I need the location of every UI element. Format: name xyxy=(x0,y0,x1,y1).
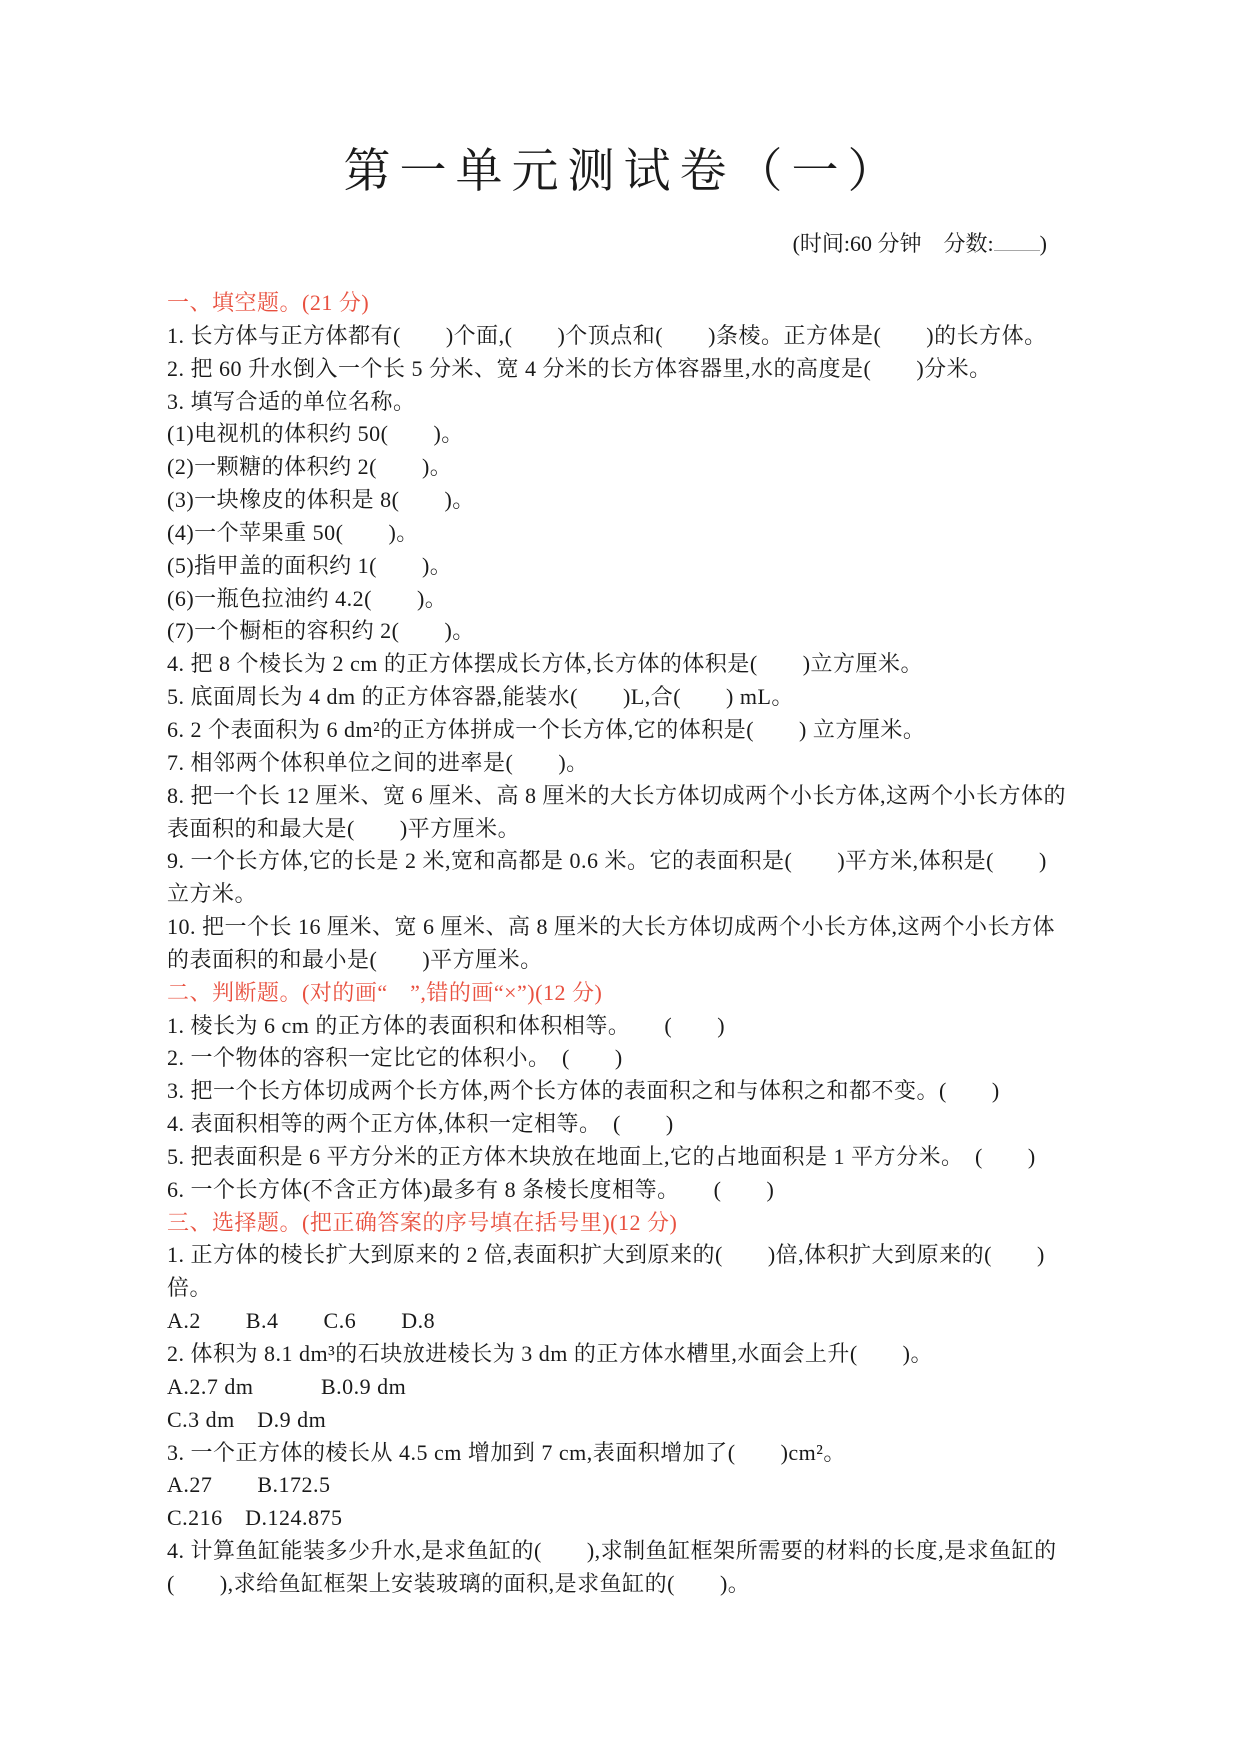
text-line: 3. 填写合适的单位名称。 xyxy=(167,386,1097,419)
test-paper-page: 第一单元测试卷（一） (时间:60 分钟 分数:) 一、填空题。(21 分)1.… xyxy=(0,0,1241,1755)
text-line: A.27 B.172.5 xyxy=(167,1469,1097,1502)
score-blank-line xyxy=(994,228,1040,251)
text-line: (4)一个苹果重 50( )。 xyxy=(167,517,1097,550)
text-line: 4. 把 8 个棱长为 2 cm 的正方体摆成长方体,长方体的体积是( )立方厘… xyxy=(167,648,1097,681)
text-line: (6)一瓶色拉油约 4.2( )。 xyxy=(167,583,1097,616)
text-line: (7)一个橱柜的容积约 2( )。 xyxy=(167,615,1097,648)
text-line: 7. 相邻两个体积单位之间的进率是( )。 xyxy=(167,747,1097,780)
text-line: (1)电视机的体积约 50( )。 xyxy=(167,418,1097,451)
text-line: 6. 一个长方体(不含正方体)最多有 8 条棱长度相等。 ( ) xyxy=(167,1174,1097,1207)
exam-meta: (时间:60 分钟 分数:) xyxy=(771,201,1047,284)
text-line: 4. 表面积相等的两个正方体,体积一定相等。 ( ) xyxy=(167,1108,1097,1141)
text-line: C.3 dm D.9 dm xyxy=(167,1404,1097,1437)
text-line: 4. 计算鱼缸能装多少升水,是求鱼缸的( ),求制鱼缸框架所需要的材料的长度,是… xyxy=(167,1535,1097,1568)
section-header: 三、选择题。(把正确答案的序号填在括号里)(12 分) xyxy=(167,1207,1097,1240)
text-line: (5)指甲盖的面积约 1( )。 xyxy=(167,550,1097,583)
time-and-score-label: (时间:60 分钟 分数: xyxy=(793,231,994,256)
text-line: 的表面积的和最小是( )平方厘米。 xyxy=(167,944,1097,977)
text-line: (2)一颗糖的体积约 2( )。 xyxy=(167,451,1097,484)
text-line: ( ),求给鱼缸框架上安装玻璃的面积,是求鱼缸的( )。 xyxy=(167,1568,1097,1601)
text-line: 1. 棱长为 6 cm 的正方体的表面积和体积相等。 ( ) xyxy=(167,1010,1097,1043)
text-line: 9. 一个长方体,它的长是 2 米,宽和高都是 0.6 米。它的表面积是( )平… xyxy=(167,845,1097,878)
question-lines: 一、填空题。(21 分)1. 长方体与正方体都有( )个面,( )个顶点和( )… xyxy=(167,287,1097,1601)
text-line: 立方米。 xyxy=(167,878,1097,911)
text-line: 6. 2 个表面积为 6 dm²的正方体拼成一个长方体,它的体积是( ) 立方厘… xyxy=(167,714,1097,747)
section-header: 二、判断题。(对的画“ ”,错的画“×”)(12 分) xyxy=(167,977,1097,1010)
text-line: 1. 正方体的棱长扩大到原来的 2 倍,表面积扩大到原来的( )倍,体积扩大到原… xyxy=(167,1239,1097,1272)
text-line: 8. 把一个长 12 厘米、宽 6 厘米、高 8 厘米的大长方体切成两个小长方体… xyxy=(167,780,1097,813)
text-line: 表面积的和最大是( )平方厘米。 xyxy=(167,813,1097,846)
meta-close-paren: ) xyxy=(1040,231,1047,256)
text-line: 1. 长方体与正方体都有( )个面,( )个顶点和( )条棱。正方体是( )的长… xyxy=(167,320,1097,353)
text-line: 5. 把表面积是 6 平方分米的正方体木块放在地面上,它的占地面积是 1 平方分… xyxy=(167,1141,1097,1174)
text-line: 倍。 xyxy=(167,1272,1097,1305)
text-line: A.2 B.4 C.6 D.8 xyxy=(167,1305,1097,1338)
text-line: 2. 把 60 升水倒入一个长 5 分米、宽 4 分米的长方体容器里,水的高度是… xyxy=(167,353,1097,386)
page-title: 第一单元测试卷（一） xyxy=(167,134,1080,201)
text-line: A.2.7 dm B.0.9 dm xyxy=(167,1371,1097,1404)
text-line: (3)一块橡皮的体积是 8( )。 xyxy=(167,484,1097,517)
text-line: C.216 D.124.875 xyxy=(167,1502,1097,1535)
text-line: 2. 体积为 8.1 dm³的石块放进棱长为 3 dm 的正方体水槽里,水面会上… xyxy=(167,1338,1097,1371)
text-line: 5. 底面周长为 4 dm 的正方体容器,能装水( )L,合( ) mL。 xyxy=(167,681,1097,714)
section-header: 一、填空题。(21 分) xyxy=(167,287,1097,320)
text-line: 10. 把一个长 16 厘米、宽 6 厘米、高 8 厘米的大长方体切成两个小长方… xyxy=(167,911,1097,944)
text-line: 3. 把一个长方体切成两个长方体,两个长方体的表面积之和与体积之和都不变。( ) xyxy=(167,1075,1097,1108)
text-line: 3. 一个正方体的棱长从 4.5 cm 增加到 7 cm,表面积增加了( )cm… xyxy=(167,1437,1097,1470)
text-line: 2. 一个物体的容积一定比它的体积小。 ( ) xyxy=(167,1042,1097,1075)
